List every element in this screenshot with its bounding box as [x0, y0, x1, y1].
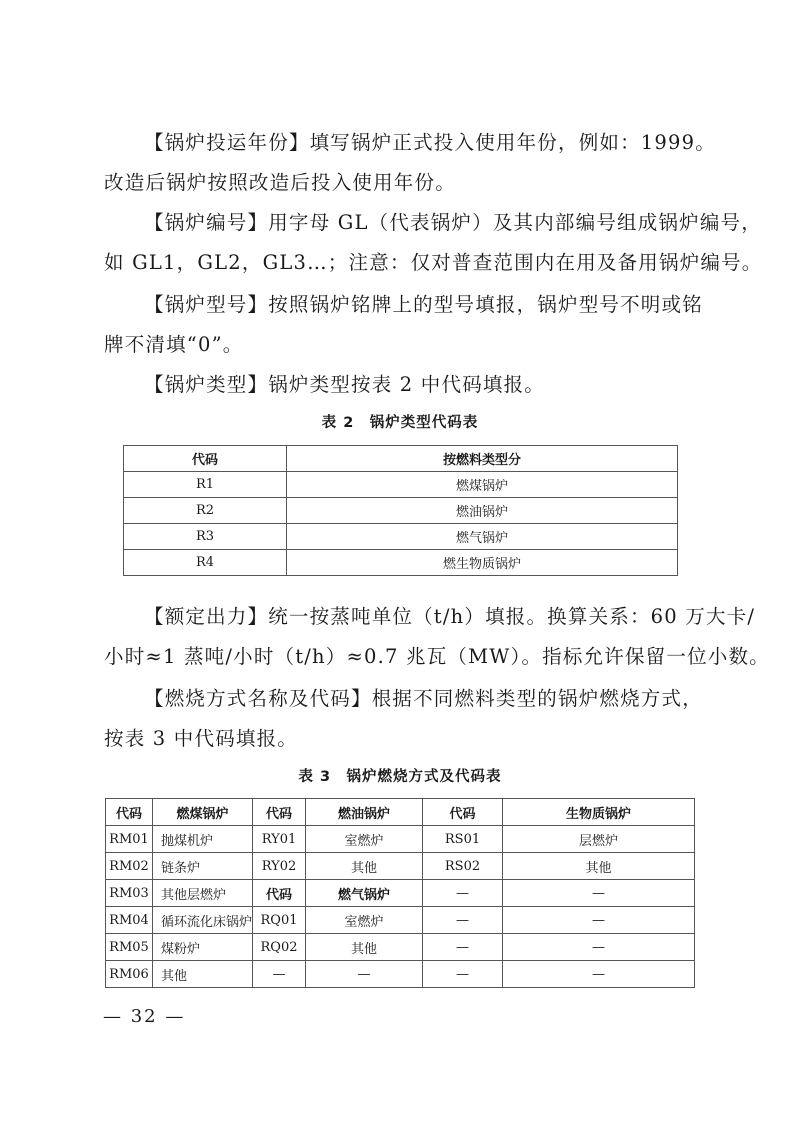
table-header-row: 代码 按燃料类型分 — [124, 446, 678, 472]
table-row: RM03 其他层燃炉 代码 燃气锅炉 — — — [106, 880, 695, 907]
paragraph-rated-output-line2: 小时≈1 蒸吨/小时（t/h）≈0.7 兆瓦（MW）。指标允许保留一位小数。 — [104, 637, 700, 677]
table-cell: 层燃炉 — [503, 826, 695, 853]
table2-caption: 表 2 锅炉类型代码表 — [0, 411, 800, 432]
table-cell: 循环流化床锅炉 — [153, 907, 253, 934]
paragraph-boiler-number-line1: 【锅炉编号】用字母 GL（代表锅炉）及其内部编号组成锅炉编号， — [104, 203, 700, 243]
table-cell: RS02 — [423, 853, 503, 880]
table-cell: RM06 — [106, 961, 153, 988]
table-cell: RM04 — [106, 907, 153, 934]
paragraph-boiler-model-line1: 【锅炉型号】按照锅炉铭牌上的型号填报，锅炉型号不明或铭 — [104, 285, 700, 325]
paragraph-rated-output-line1: 【额定出力】统一按蒸吨单位（t/h）填报。换算关系：60 万大卡/ — [104, 597, 700, 637]
table-row: R1 燃煤锅炉 — [124, 472, 678, 498]
table-cell: — — [423, 907, 503, 934]
table-header-cell: 代码 — [124, 446, 287, 472]
paragraph-combustion-line1: 【燃烧方式名称及代码】根据不同燃料类型的锅炉燃烧方式， — [104, 679, 700, 719]
table-cell: — — [503, 907, 695, 934]
table-cell-code: R1 — [124, 472, 287, 498]
table-header-cell: 燃煤锅炉 — [153, 799, 253, 826]
table-header-row: 代码 燃煤锅炉 代码 燃油锅炉 代码 生物质锅炉 — [106, 799, 695, 826]
table-cell-code: R3 — [124, 524, 287, 550]
table-cell: — — [253, 961, 306, 988]
table-subheader-cell: 燃气锅炉 — [306, 880, 423, 907]
table-cell: RM01 — [106, 826, 153, 853]
paragraph-boiler-type: 【锅炉类型】锅炉类型按表 2 中代码填报。 — [104, 365, 700, 405]
table-cell: 其他 — [306, 853, 423, 880]
table-cell: 室燃炉 — [306, 907, 423, 934]
table-header-cell: 按燃料类型分 — [287, 446, 678, 472]
table-row: RM01 抛煤机炉 RY01 室燃炉 RS01 层燃炉 — [106, 826, 695, 853]
table-cell-type: 燃生物质锅炉 — [287, 550, 678, 576]
table-header-cell: 代码 — [423, 799, 503, 826]
table3-caption: 表 3 锅炉燃烧方式及代码表 — [0, 765, 800, 786]
table-cell-code: R2 — [124, 498, 287, 524]
page-number: — 32 — — [103, 1006, 185, 1027]
paragraph-boiler-year-line1: 【锅炉投运年份】填写锅炉正式投入使用年份，例如：1999。 — [104, 123, 700, 163]
table-cell: 抛煤机炉 — [153, 826, 253, 853]
table-header-cell: 代码 — [106, 799, 153, 826]
table-cell-code: R4 — [124, 550, 287, 576]
table-cell: RY02 — [253, 853, 306, 880]
table-cell: — — [503, 934, 695, 961]
table-cell: RQ01 — [253, 907, 306, 934]
table-cell: — — [423, 880, 503, 907]
table-cell-type: 燃气锅炉 — [287, 524, 678, 550]
table-cell: 室燃炉 — [306, 826, 423, 853]
paragraph-combustion-line2: 按表 3 中代码填报。 — [104, 719, 700, 759]
table-row: R3 燃气锅炉 — [124, 524, 678, 550]
table-row: R4 燃生物质锅炉 — [124, 550, 678, 576]
boiler-type-code-table: 代码 按燃料类型分 R1 燃煤锅炉 R2 燃油锅炉 R3 燃气锅炉 R4 燃生物… — [123, 445, 678, 576]
table-row: RM06 其他 — — — — — [106, 961, 695, 988]
table-cell: — — [503, 961, 695, 988]
table-cell: 链条炉 — [153, 853, 253, 880]
table-cell: RS01 — [423, 826, 503, 853]
table-subheader-cell: 代码 — [253, 880, 306, 907]
paragraph-boiler-year-line2: 改造后锅炉按照改造后投入使用年份。 — [104, 163, 700, 203]
table-row: RM04 循环流化床锅炉 RQ01 室燃炉 — — — [106, 907, 695, 934]
table-row: RM05 煤粉炉 RQ02 其他 — — — [106, 934, 695, 961]
table-cell: — — [423, 961, 503, 988]
paragraph-boiler-number-line2: 如 GL1，GL2，GL3…；注意：仅对普查范围内在用及备用锅炉编号。 — [104, 243, 700, 283]
table-header-cell: 代码 — [253, 799, 306, 826]
table-cell-type: 燃油锅炉 — [287, 498, 678, 524]
table-cell: RM02 — [106, 853, 153, 880]
table-cell: 煤粉炉 — [153, 934, 253, 961]
table-row: RM02 链条炉 RY02 其他 RS02 其他 — [106, 853, 695, 880]
table-cell: RY01 — [253, 826, 306, 853]
table-header-cell: 燃油锅炉 — [306, 799, 423, 826]
table-cell: RQ02 — [253, 934, 306, 961]
table-cell: RM03 — [106, 880, 153, 907]
table-cell: — — [503, 880, 695, 907]
table-cell: — — [306, 961, 423, 988]
table-cell-type: 燃煤锅炉 — [287, 472, 678, 498]
table-cell: 其他 — [153, 961, 253, 988]
table-cell: RM05 — [106, 934, 153, 961]
table-cell: — — [423, 934, 503, 961]
table-header-cell: 生物质锅炉 — [503, 799, 695, 826]
table-cell: 其他 — [306, 934, 423, 961]
table-row: R2 燃油锅炉 — [124, 498, 678, 524]
table-cell: 其他 — [503, 853, 695, 880]
paragraph-boiler-model-line2: 牌不清填“0”。 — [104, 325, 700, 365]
table-cell: 其他层燃炉 — [153, 880, 253, 907]
combustion-method-code-table: 代码 燃煤锅炉 代码 燃油锅炉 代码 生物质锅炉 RM01 抛煤机炉 RY01 … — [105, 798, 695, 988]
